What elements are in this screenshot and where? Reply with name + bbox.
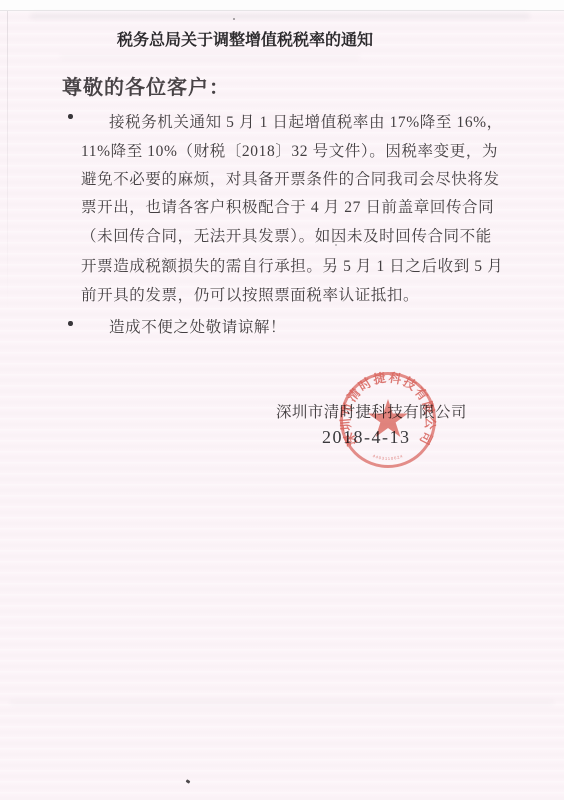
scan-speck [335,244,337,246]
body-line: 避免不必要的麻烦，对具备开票条件的合同我司会尽快将发 [81,167,500,189]
scan-edge-top [0,0,564,11]
scan-speck [186,779,191,784]
scan-edge-left [7,11,8,311]
body-line: 开票造成税额损失的需自行承担。另 5 月 1 日之后收到 5 月 [81,254,503,276]
scan-speck [233,18,235,20]
scanned-notice-page: 税务总局关于调整增值税税率的通知 尊敬的各位客户： 接税务机关通知 5 月 1 … [0,0,564,800]
scan-smudge [30,13,530,19]
greeting-line: 尊敬的各位客户： [62,71,230,100]
body-line: （未回传合同，无法开具发票）。如因未及时回传合同不能 [81,224,492,246]
scan-smudge [60,55,360,59]
bullet-dot [68,114,73,119]
body-line: 前开具的发票，仍可以按照票面税率认证抵扣。 [81,283,419,305]
bullet-dot [68,321,73,326]
notice-title: 税务总局关于调整增值税税率的通知 [109,27,381,50]
body-line: 11%降至 10%（财税〔2018〕32 号文件）。因税率变更，为 [81,139,498,161]
body-line: 造成不便之处敬请谅解！ [109,315,286,337]
seal-serial-number: 4403110624 [372,453,404,461]
seal-star-icon [368,399,408,437]
company-seal-stamp: 深圳市清时捷科技有限公司 4403110624 [338,368,438,474]
scan-smudge [10,700,554,705]
body-line: 票开出，也请各客户积极配合于 4 月 27 日前盖章回传合同 [81,195,494,217]
body-line: 接税务机关通知 5 月 1 日起增值税率由 17%降至 16%， [109,110,503,132]
